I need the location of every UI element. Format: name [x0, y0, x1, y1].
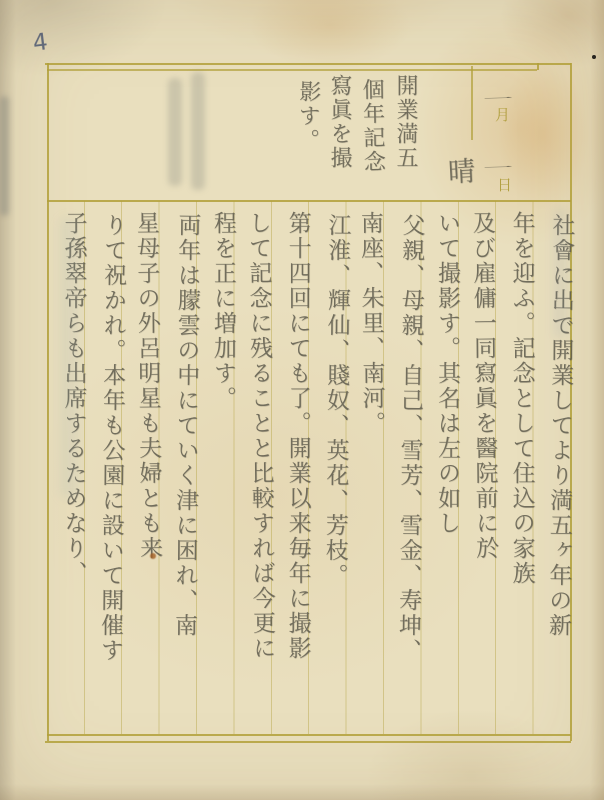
diary-entry-text: 社會に出で開業してより満五ヶ年の新年を迎ふ。記念として住込の家族及び雇傭一同寫眞…	[47, 205, 570, 733]
ink-fleck	[592, 55, 596, 59]
header-note-column: 影す。	[293, 80, 319, 209]
printed-month-label: 月	[495, 104, 510, 125]
date-box-divider	[471, 66, 473, 140]
frame-top-inner-rule	[47, 69, 537, 71]
ink-bleedthrough	[191, 72, 205, 190]
page-number: 4	[31, 29, 49, 57]
entry-column: 第十四回にても了。開業以来毎年に撮影	[271, 205, 308, 733]
entry-column: 江淮、輝仙、賤奴、英花、芳枝。	[306, 207, 348, 735]
ink-bleedthrough	[168, 78, 182, 186]
printed-day-label: 日	[497, 174, 512, 195]
entry-column: いて撮影す。其名は左の如し	[421, 205, 458, 733]
paper-stain	[250, 0, 410, 70]
frame-top-notch	[537, 63, 539, 70]
entry-column: して記念に残ることと比較すれば今更に	[231, 205, 274, 733]
entry-column: 子孫翠帝らも出席するためなり、	[47, 205, 84, 733]
header-note-column: 個年記念	[360, 78, 384, 206]
frame-top-outer-rule	[45, 63, 571, 65]
entry-column: 年を迎ふ。記念として住込の家族	[495, 205, 532, 733]
entry-column: 及び雇傭一同寫眞を醫院前に於	[455, 205, 498, 733]
header-note-column: 寫眞を撮	[328, 74, 350, 202]
handwritten-day-value: 一	[481, 160, 515, 175]
entry-column: 社會に出で開業してより満五ヶ年の新	[530, 207, 572, 735]
frame-bottom-outer-rule	[45, 741, 571, 743]
handwritten-month-value: 一	[481, 91, 515, 106]
diary-page: 4 月 日 一 一 晴 開業満五個年記念寫眞を撮影す。 社會に出で開業してより満…	[0, 0, 604, 800]
header-note: 開業満五個年記念寫眞を撮影す。	[282, 74, 416, 202]
entry-column: 両年は朦雲の中にていく津に困れ、南	[157, 207, 199, 735]
entry-column: りて祝かれ。本年も公園に設いて開催す	[82, 207, 124, 735]
entry-column: 程を正に増加す。	[197, 205, 234, 733]
entry-column: 父親、母親、自己、雪芳、雪金、寿坤、	[381, 207, 423, 735]
weather-mark: 晴	[447, 149, 476, 189]
edge-smudge	[0, 96, 9, 216]
header-note-column: 開業満五	[394, 74, 416, 202]
